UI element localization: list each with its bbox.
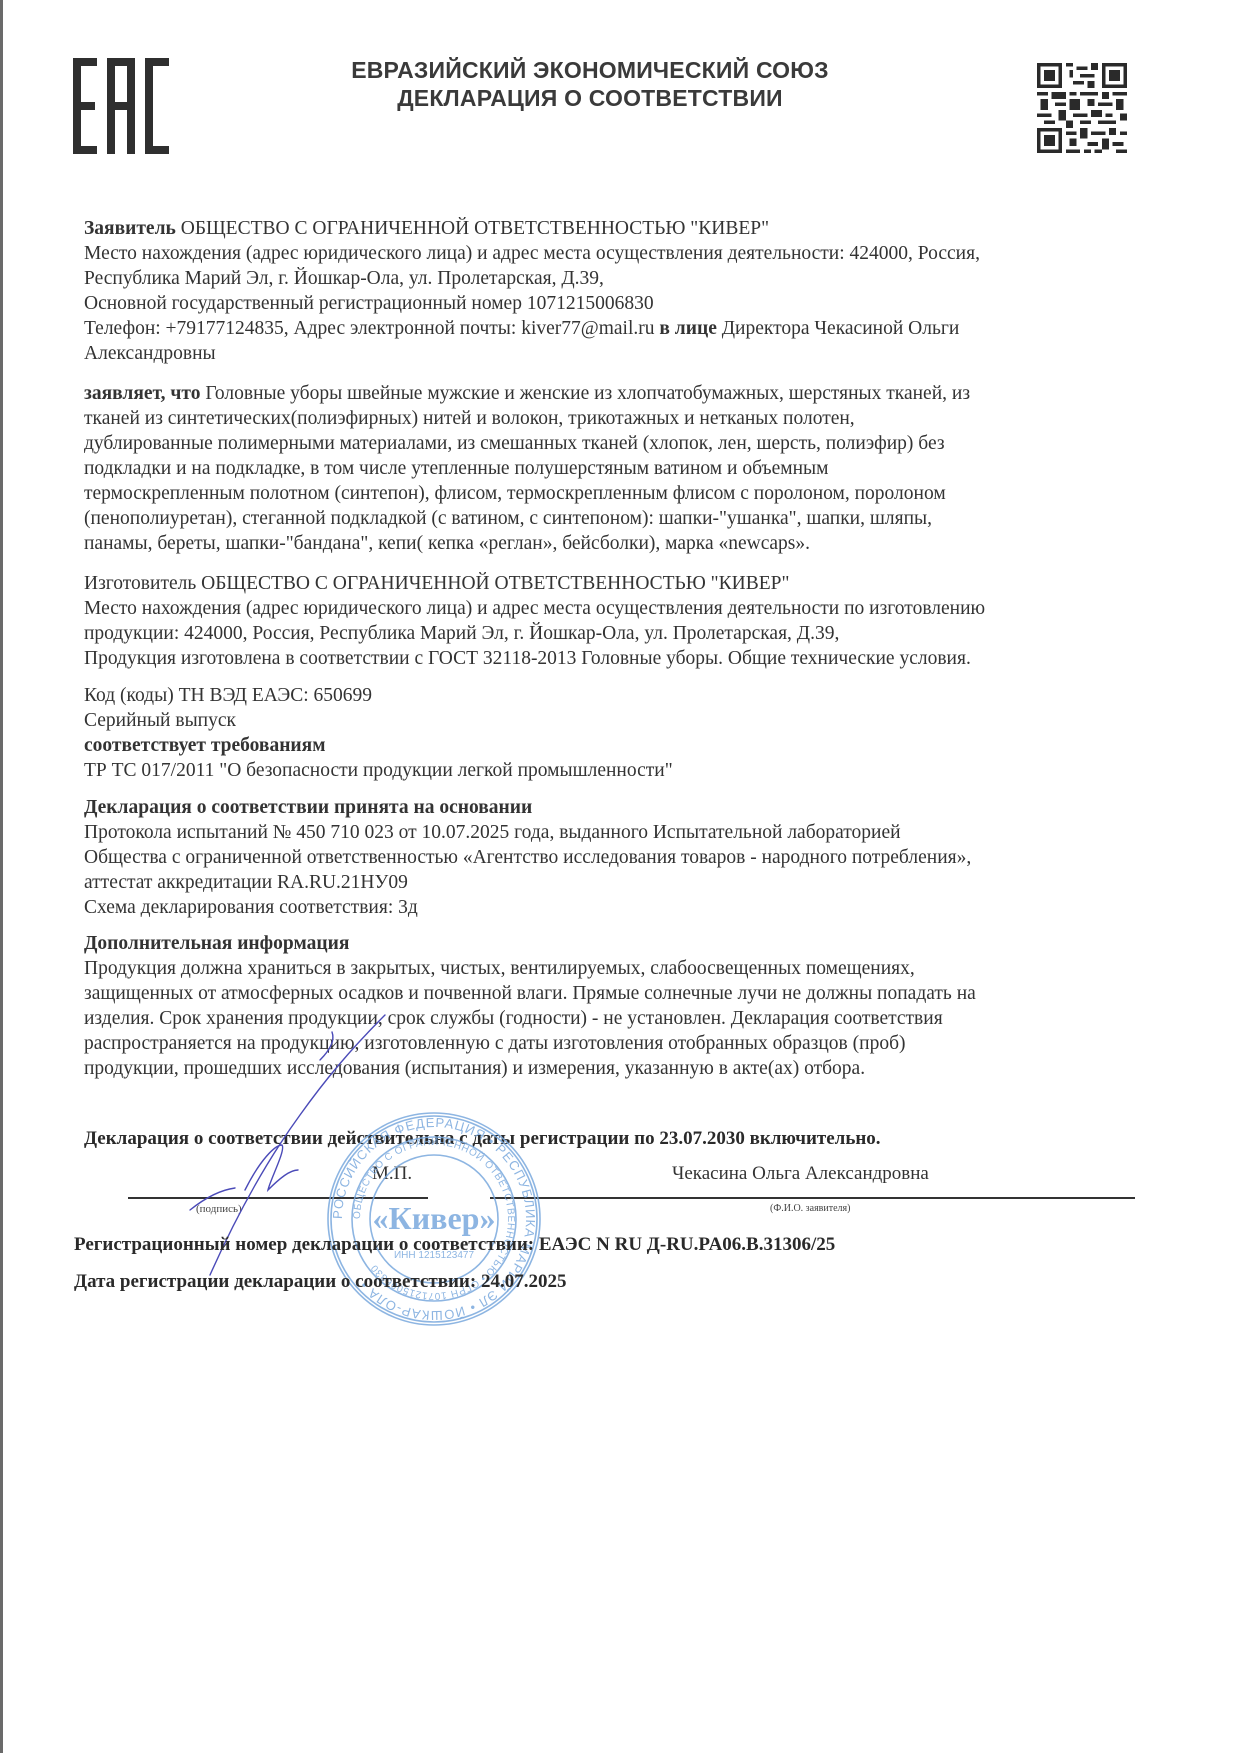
additional-info-line: Продукция должна храниться в закрытых, ч… (84, 956, 1164, 981)
declares-line: заявляет, что Головные уборы швейные муж… (84, 381, 1164, 406)
applicant-contacts: Телефон: +79177124835, Адрес электронной… (84, 318, 659, 339)
product-description-line: тканей из синтетических(полиэфирных) нит… (84, 406, 1164, 431)
manufacturer-address-1: Место нахождения (адрес юридического лиц… (84, 596, 1164, 621)
product-description-line: Головные уборы швейные мужские и женские… (201, 383, 971, 404)
applicant-address-1: Место нахождения (адрес юридического лиц… (84, 241, 1164, 266)
manufacturer-name: Изготовитель ОБЩЕСТВО С ОГРАНИЧЕННОЙ ОТВ… (84, 571, 1164, 596)
eac-logo-icon (73, 58, 169, 154)
product-description-line: подкладки и на подкладке, в том числе ут… (84, 456, 1164, 481)
release-type: Серийный выпуск (84, 708, 1164, 733)
test-protocol: Протокола испытаний № 450 710 023 от 10.… (84, 820, 1164, 845)
declaration-page: ЕВРАЗИЙСКИЙ ЭКОНОМИЧЕСКИЙ СОЮЗ ДЕКЛАРАЦИ… (0, 0, 1240, 1753)
product-description-line: (пенополиуретан), стеганной подкладкой (… (84, 506, 1164, 531)
represented-by: Директора Чекасиной Ольги (717, 318, 959, 339)
additional-info-label: Дополнительная информация (84, 931, 1164, 956)
name-line (490, 1197, 1135, 1199)
registration-number: Регистрационный номер декларации о соотв… (74, 1234, 835, 1256)
applicant-ogrn: Основной государственный регистрационный… (84, 291, 1164, 316)
name-caption: (Ф.И.О. заявителя) (770, 1203, 850, 1214)
requirements-label: соответствует требованиям (84, 733, 1164, 758)
applicant-name: ОБЩЕСТВО С ОГРАНИЧЕННОЙ ОТВЕТСТВЕННОСТЬЮ… (176, 218, 769, 239)
manufacturer-section: Изготовитель ОБЩЕСТВО С ОГРАНИЧЕННОЙ ОТВ… (84, 571, 1164, 671)
basis-label: Декларация о соответствии принята на осн… (84, 795, 1164, 820)
applicant-section: Заявитель ОБЩЕСТВО С ОГРАНИЧЕННОЙ ОТВЕТС… (84, 216, 1164, 366)
accreditation: аттестат аккредитации RA.RU.21НУ09 (84, 870, 1164, 895)
additional-info-line: защищенных от атмосферных осадков и почв… (84, 981, 1164, 1006)
product-description-line: панамы, береты, шапки-"бандана", кепи( к… (84, 531, 1164, 556)
applicant-contact-line: Телефон: +79177124835, Адрес электронной… (84, 316, 1164, 341)
applicant-address-2: Республика Марий Эл, г. Йошкар-Ола, ул. … (84, 266, 1164, 291)
applicant-label: Заявитель (84, 218, 176, 239)
product-description-line: дублированные полимерными материалами, и… (84, 431, 1164, 456)
declaration-scheme: Схема декларирования соответствия: 3д (84, 895, 1164, 920)
declaration-title: ДЕКЛАРАЦИЯ О СООТВЕТСТВИИ (290, 84, 890, 112)
tn-ved-code: Код (коды) ТН ВЭД ЕАЭС: 650699 (84, 683, 1164, 708)
represented-by-cont: Александровны (84, 341, 1164, 366)
signer-name: Чекасина Ольга Александровна (672, 1163, 929, 1185)
test-laboratory: Общества с ограниченной ответственностью… (84, 845, 1164, 870)
basis-section: Декларация о соответствии принята на осн… (84, 795, 1164, 920)
declares-label: заявляет, что (84, 383, 201, 404)
represented-label: в лице (659, 318, 716, 339)
union-title: ЕВРАЗИЙСКИЙ ЭКОНОМИЧЕСКИЙ СОЮЗ (290, 56, 890, 84)
scan-edge (0, 0, 3, 1753)
requirements-value: ТР ТС 017/2011 "О безопасности продукции… (84, 758, 1164, 783)
codes-section: Код (коды) ТН ВЭД ЕАЭС: 650699 Серийный … (84, 683, 1164, 783)
applicant-line: Заявитель ОБЩЕСТВО С ОГРАНИЧЕННОЙ ОТВЕТС… (84, 216, 1164, 241)
product-description-line: термоскрепленным полотном (синтепон), фл… (84, 481, 1164, 506)
qr-code-icon (1037, 62, 1127, 154)
declares-section: заявляет, что Головные уборы швейные муж… (84, 381, 1164, 556)
registration-date: Дата регистрации декларации о соответств… (74, 1271, 566, 1293)
manufacturer-address-2: продукции: 424000, Россия, Республика Ма… (84, 621, 1164, 646)
document-title: ЕВРАЗИЙСКИЙ ЭКОНОМИЧЕСКИЙ СОЮЗ ДЕКЛАРАЦИ… (290, 56, 890, 112)
manufacturing-standard: Продукция изготовлена в соответствии с Г… (84, 646, 1164, 671)
